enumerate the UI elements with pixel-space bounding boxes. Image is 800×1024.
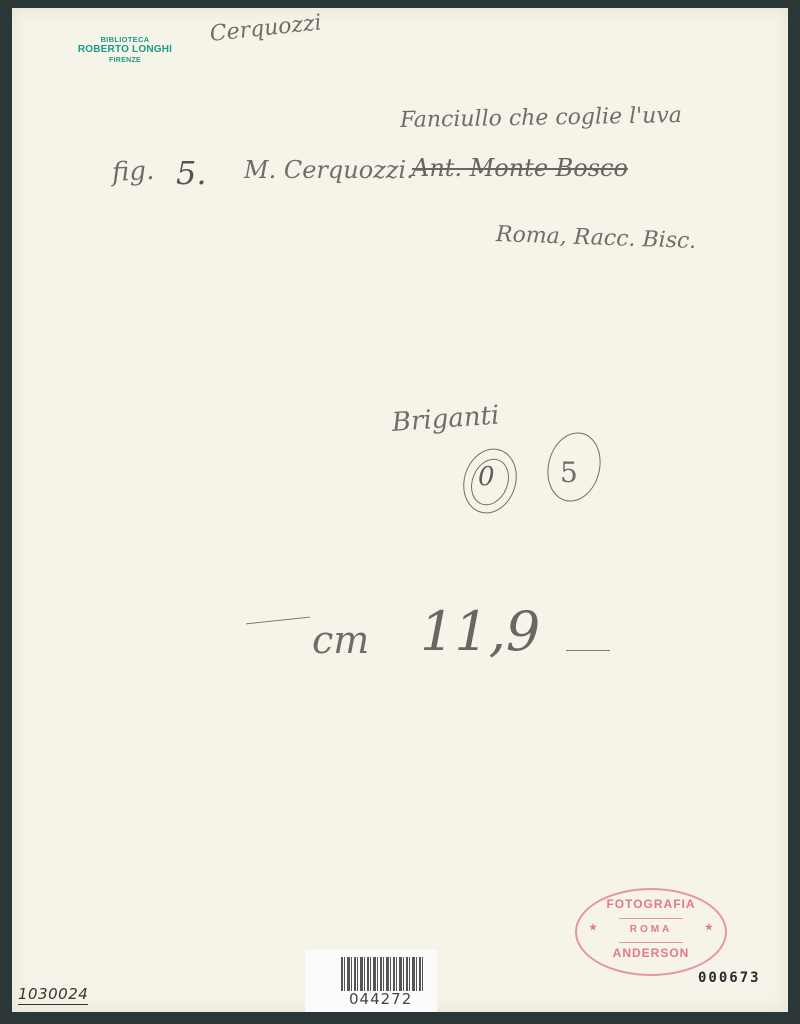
fig-number-note: 5. [176,154,207,192]
measurement-value: 11,9 [420,600,540,663]
library-stamp-line3: FIRENZE [60,57,190,66]
scanned-document: BIBLIOTECA ROBERTO LONGHI FIRENZE Cerquo… [0,0,800,1024]
photographer-stamp-bottom: ANDERSON [577,946,725,960]
struck-attribution-note: Ant. Monte Bosco [412,154,628,182]
stamp-rule-bottom [619,942,683,943]
photographer-stamp: FOTOGRAFIA ★ ROMA ★ ANDERSON [575,888,727,976]
library-stamp-line1: BIBLIOTECA [60,35,190,44]
star-icon: ★ [705,922,713,933]
library-stamp-line2: ROBERTO LONGHI [60,44,190,57]
library-stamp: BIBLIOTECA ROBERTO LONGHI FIRENZE [60,35,190,66]
stamp-rule-top [619,918,683,919]
barcode-label: 044272 [305,950,437,1012]
fig-label-note: fig. [111,156,155,188]
circled-number-left: 0 [478,462,495,492]
dash-right [566,650,610,651]
photographer-stamp-top: FOTOGRAFIA [577,897,725,911]
barcode-icon [341,957,425,991]
circled-number-right: 5 [560,456,578,489]
barcode-number: 044272 [349,990,412,1008]
attribution-note: M. Cerquozzi. [244,156,414,184]
title-note: Fanciullo che coglie l'uva [400,103,682,133]
measurement-unit: cm [312,618,369,662]
shelf-number: 1030024 [18,985,88,1005]
inventory-number: 000673 [698,970,761,986]
photographer-stamp-middle: ROMA [577,924,725,935]
